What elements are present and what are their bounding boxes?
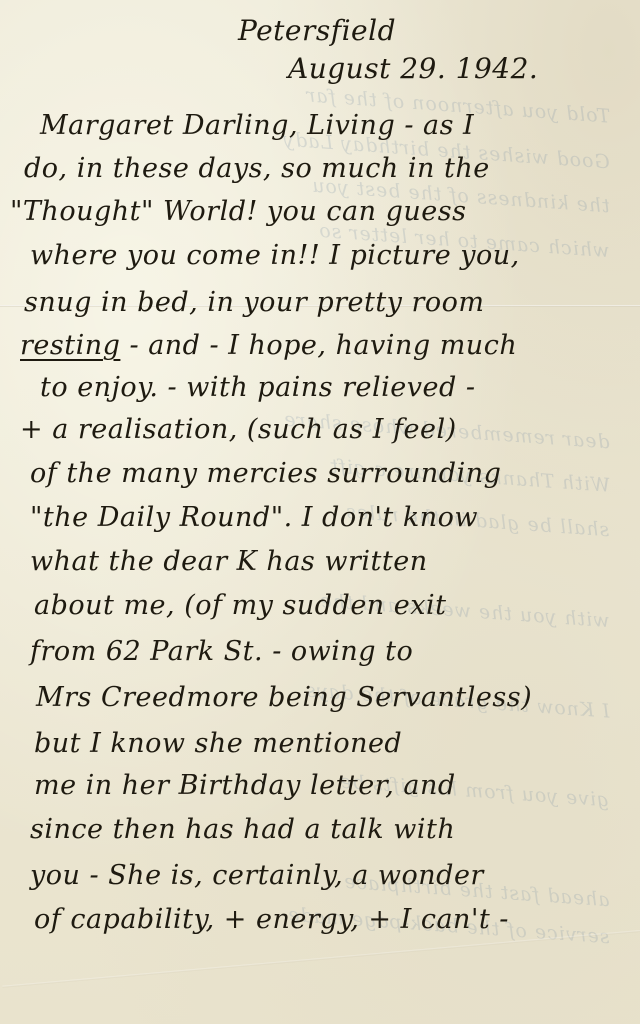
letter-line: about me, (of my sudden exit (34, 590, 446, 621)
letter-line: "the Daily Round". I don't know (30, 502, 478, 533)
letter-line: you - She is, certainly, a wonder (30, 860, 484, 891)
letter-line-rest: - and - I hope, having much (120, 330, 517, 361)
letter-place: Petersfield (238, 14, 396, 47)
letter-date: August 29. 1942. (288, 52, 538, 85)
letter-line: to enjoy. - with pains relieved - (40, 372, 476, 403)
letter-line: resting - and - I hope, having much (20, 330, 517, 361)
letter-line: what the dear K has written (30, 546, 428, 577)
letter-line: "Thought" World! you can guess (10, 196, 466, 227)
letter-line: + a realisation, (such as I feel) (20, 414, 457, 445)
underlined-word: resting (20, 330, 120, 361)
letter-line: but I know she mentioned (34, 728, 402, 759)
letter-line: snug in bed, in your pretty room (24, 287, 485, 318)
letter-line: of capability, + energy, + I can't - (34, 904, 509, 935)
letter-line: of the many mercies surrounding (30, 458, 501, 489)
letter-line: Mrs Creedmore being Servantless) (36, 682, 532, 713)
letter-line: since then has had a talk with (30, 814, 455, 845)
letter-page: Told you afternoon of the far Good wishe… (0, 0, 640, 1024)
letter-line: from 62 Park St. - owing to (30, 636, 413, 667)
letter-line: do, in these days, so much in the (24, 153, 490, 184)
letter-line: me in her Birthday letter, and (34, 770, 456, 801)
fold-crease (2, 930, 640, 988)
letter-line: where you come in!! I picture you, (30, 240, 520, 271)
letter-line: Margaret Darling, Living - as I (40, 110, 474, 141)
